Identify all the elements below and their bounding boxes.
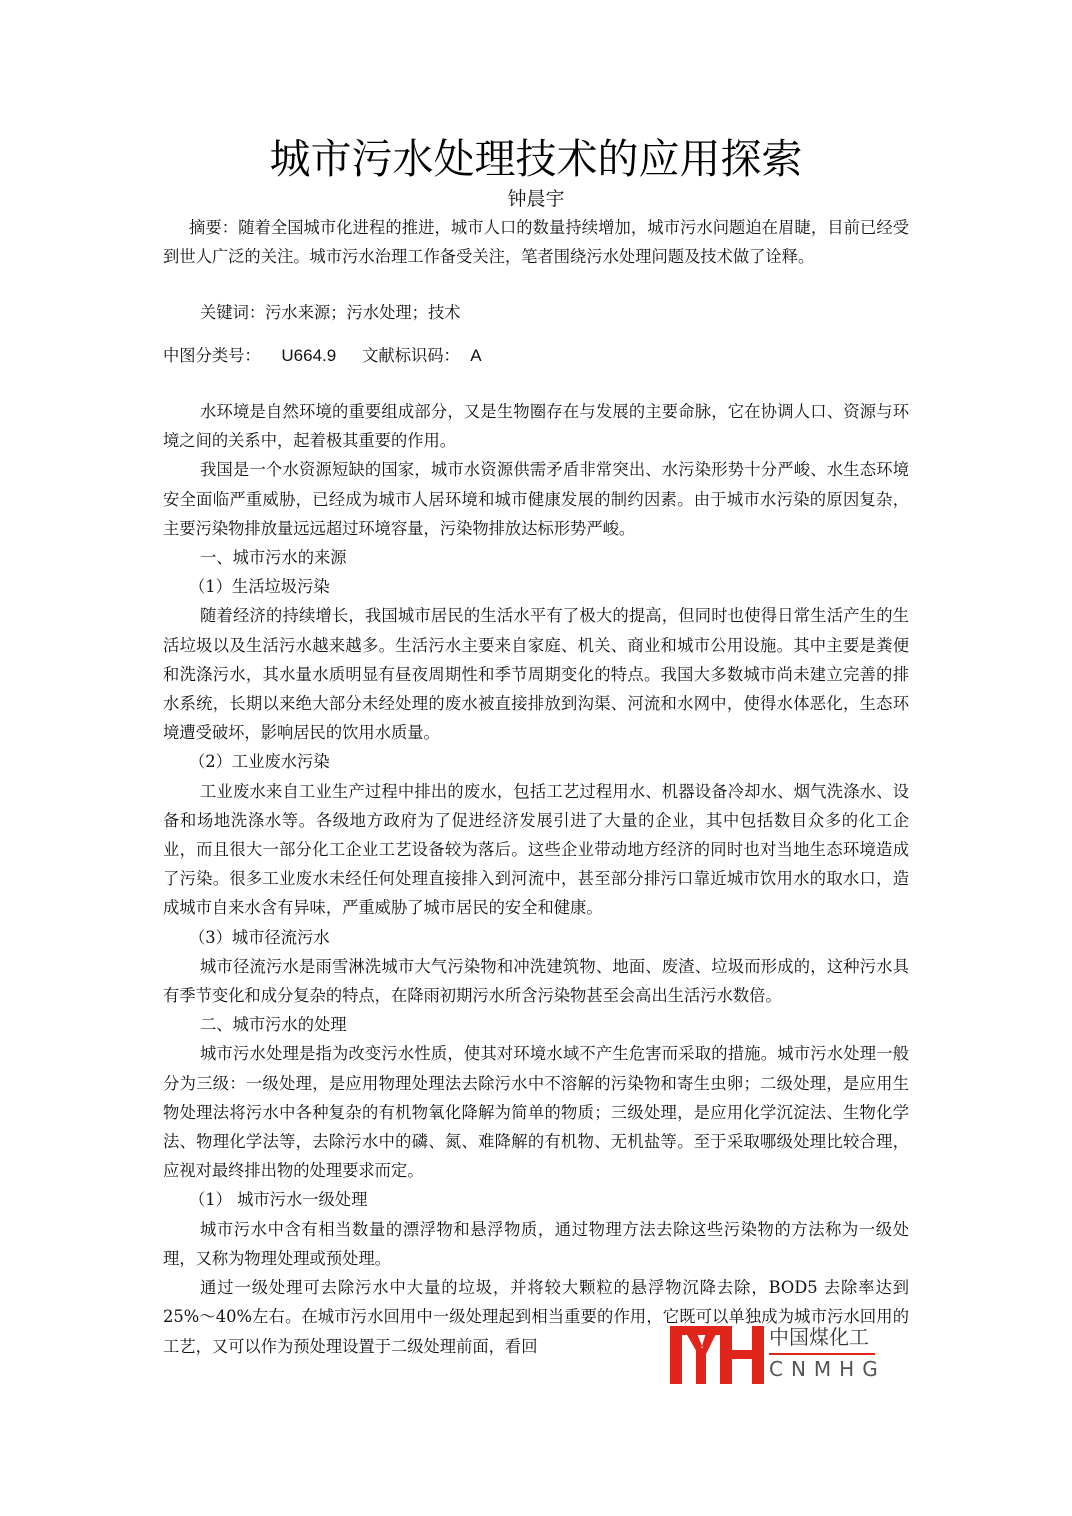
author-name: 钟晨宇 [163, 186, 909, 212]
doc-code-value: A [470, 346, 481, 365]
doc-code-label: 文献标识码： [362, 346, 460, 365]
section-heading: 二、城市污水的处理 [163, 1010, 909, 1039]
section-heading: 一、城市污水的来源 [163, 543, 909, 572]
paragraph: 城市污水中含有相当数量的漂浮物和悬浮物质，通过物理方法去除这些污染物的方法称为一… [163, 1215, 909, 1273]
keywords: 关键词：污水来源；污水处理；技术 [200, 298, 461, 327]
clc-value: U664.9 [281, 346, 336, 365]
subsection-heading: （1） 城市污水一级处理 [163, 1185, 909, 1214]
subsection-heading: （1）生活垃圾污染 [163, 572, 909, 601]
logo-name-en: CNMHG [769, 1356, 886, 1382]
classification-line: 中图分类号： U664.9 文献标识码： A [163, 341, 482, 370]
paragraph: 水环境是自然环境的重要组成部分，又是生物圈存在与发展的主要命脉，它在协调人口、资… [163, 397, 909, 455]
logo-name-cn: 中国煤化工 [769, 1324, 869, 1350]
paragraph: 工业废水来自工业生产过程中排出的废水，包括工艺过程用水、机器设备冷却水、烟气洗涤… [163, 777, 909, 923]
watermark-logo: 中国煤化工 CNMHG [668, 1324, 880, 1386]
clc-label: 中图分类号： [163, 346, 261, 365]
subsection-heading: （2）工业废水污染 [163, 747, 909, 776]
document-title: 城市污水处理技术的应用探索 [163, 133, 909, 185]
paragraph: 随着经济的持续增长，我国城市居民的生活水平有了极大的提高，但同时也使得日常生活产… [163, 601, 909, 747]
abstract-text: 摘要：随着全国城市化进程的推进，城市人口的数量持续增加，城市污水问题迫在眉睫，目… [163, 213, 909, 271]
abstract: 摘要：随着全国城市化进程的推进，城市人口的数量持续增加，城市污水问题迫在眉睫，目… [163, 213, 909, 271]
mh-logo-icon [668, 1324, 768, 1386]
paragraph: 城市污水处理是指为改变污水性质，使其对环境水域不产生危害而采取的措施。城市污水处… [163, 1039, 909, 1185]
paragraph: 城市径流污水是雨雪淋洗城市大气污染物和冲洗建筑物、地面、废渣、垃圾而形成的，这种… [163, 952, 909, 1010]
paragraph: 我国是一个水资源短缺的国家，城市水资源供需矛盾非常突出、水污染形势十分严峻、水生… [163, 455, 909, 543]
subsection-heading: （3）城市径流污水 [163, 923, 909, 952]
body-text: 水环境是自然环境的重要组成部分，又是生物圈存在与发展的主要命脉，它在协调人口、资… [163, 397, 909, 1361]
logo-divider [769, 1353, 875, 1355]
